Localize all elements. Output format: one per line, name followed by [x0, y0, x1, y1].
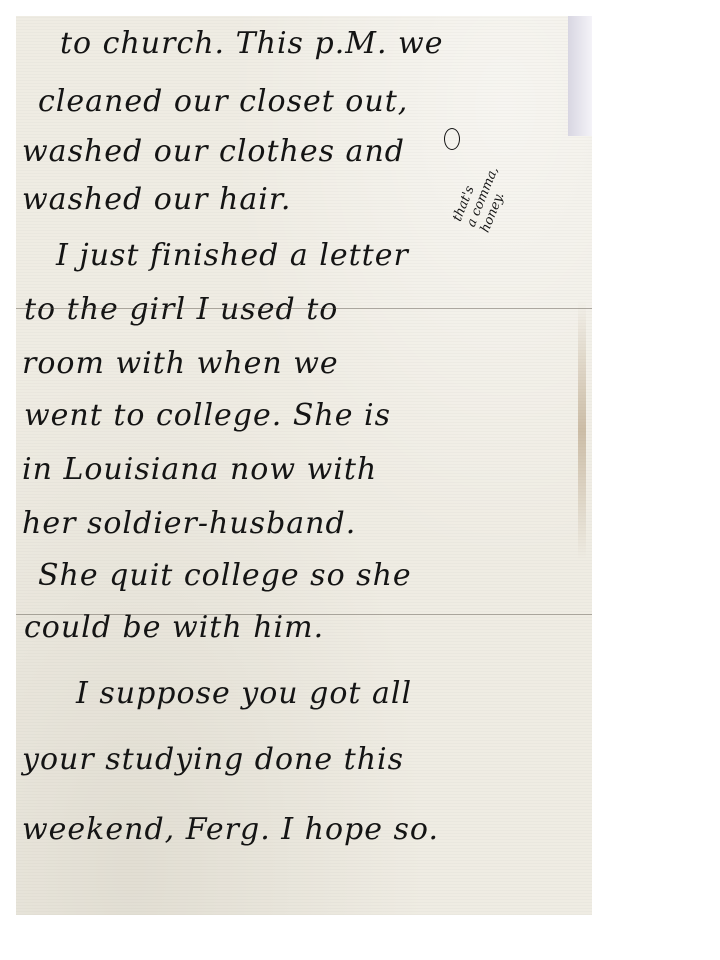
- letter-line: I just finished a letter: [56, 238, 632, 273]
- letter-line: could be with him.: [24, 610, 600, 645]
- letter-line: room with when we: [22, 346, 598, 381]
- letter-line: weekend, Ferg. I hope so.: [22, 812, 598, 847]
- letter-line: your studying done this: [22, 742, 598, 777]
- fold-crease: [16, 308, 592, 309]
- fold-crease: [16, 614, 592, 615]
- letter-line: to church. This p.M. we: [60, 26, 636, 61]
- letter-line: washed our clothes and: [22, 134, 598, 169]
- letter-line: her soldier-husband.: [22, 506, 598, 541]
- circled-comma-mark: [444, 128, 460, 150]
- letter-line: washed our hair.: [22, 182, 598, 217]
- letter-line: to the girl I used to: [24, 292, 600, 327]
- letter-page: to church. This p.M. we cleaned our clos…: [16, 16, 592, 915]
- letter-line: went to college. She is: [24, 398, 600, 433]
- letter-line: I suppose you got all: [76, 676, 652, 711]
- letter-line: cleaned our closet out,: [38, 84, 614, 119]
- page-curl-shadow: [568, 16, 592, 136]
- letter-line: She quit college so she: [38, 558, 614, 593]
- paper-stain: [578, 300, 586, 560]
- letter-line: in Louisiana now with: [22, 452, 598, 487]
